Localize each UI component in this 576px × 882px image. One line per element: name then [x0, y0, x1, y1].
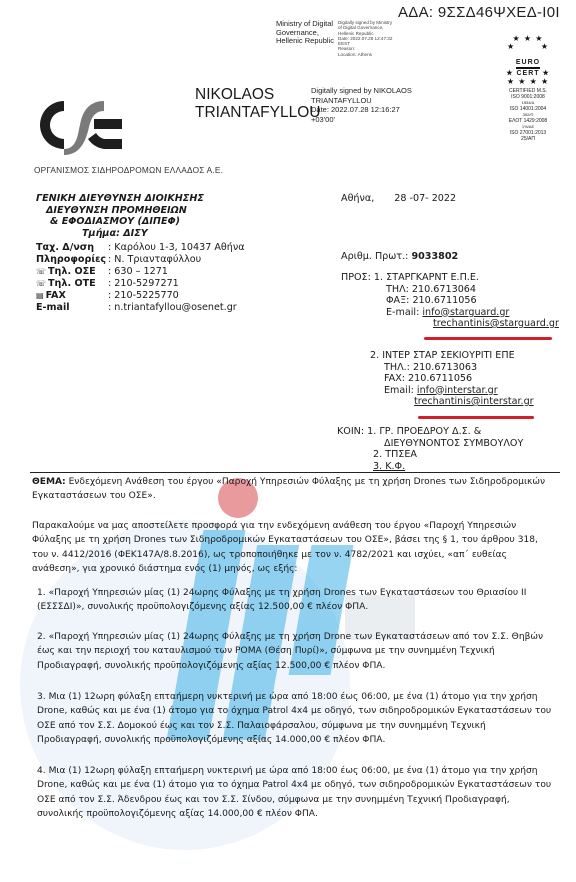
email-link[interactable]: trechantinis@starguard.gr	[433, 318, 559, 329]
recipient-2: 2. ΙΝΤΕΡ ΣΤΑΡ ΣΕΚΙΟΥΡΙΤΙ ΕΠΕ ΤΗΛ.: 210.6…	[370, 350, 534, 408]
fax-icon: ▤	[36, 291, 44, 300]
ada-code: ΑΔΑ: 9ΣΣΔ46ΨΧΕΔ-Ι0Ι	[398, 4, 560, 21]
signer-name: NIKOLAOS TRIANTAFYLLOU	[195, 86, 320, 122]
divider	[30, 472, 560, 473]
protocol-number: Αριθμ. Πρωτ.: 9033802	[341, 251, 458, 262]
ministry-signature-details: Digitally signed by Ministry of Digital …	[338, 20, 392, 57]
star-icon: ★	[540, 70, 550, 77]
contact-info-person: Πληροφορίες : Ν. Τριανταφύλλου	[36, 254, 245, 266]
ose-logo-icon	[34, 95, 126, 155]
email-link[interactable]: trechantinis@interstar.gr	[414, 396, 534, 407]
stars-icon: ★ ★	[488, 43, 568, 51]
signature-details: Digitally signed by NIKOLAOS TRIANTAFYLL…	[311, 86, 412, 124]
ministry-signer: Ministry of Digital Governance, Hellenic…	[276, 20, 334, 46]
stars-icon: ★ ★ ★ ★	[488, 78, 568, 86]
contact-phone-ose: ☏Τηλ. ΟΣΕ : 630 – 1271	[36, 266, 245, 278]
recipient-1: ΠΡΟΣ: 1. ΣΤΑΡΓΚΑΡΝΤ Ε.Π.Ε. ΤΗΛ: 210.6713…	[341, 272, 559, 330]
list-item: 4. Μια (1) 12ωρη φύλαξη επταήμερη νυκτερ…	[37, 764, 553, 822]
red-underline	[424, 337, 552, 340]
contact-email: E-mail : n.triantafyllou@osenet.gr	[36, 302, 245, 314]
contact-fax: ▤FAX : 210-5225770	[36, 290, 245, 302]
list-item: 2. «Παροχή Υπηρεσιών μίας (1) 24ωρης Φύλ…	[37, 630, 553, 673]
phone-icon: ☏	[36, 279, 46, 288]
subject: ΘΕΜΑ: Ενδεχόμενη Ανάθεση του έργου «Παρο…	[32, 475, 552, 504]
red-underline	[418, 416, 534, 419]
contact-info: Ταχ. Δ/νση : Καρόλου 1-3, 10437 Αθήνα Πλ…	[36, 242, 245, 314]
cc-block: ΚΟΙΝ: 1. ΓΡ. ΠΡΟΕΔΡΟΥ Δ.Σ. & ΔΙΕΥΘΥΝΟΝΤΟ…	[337, 426, 523, 472]
email-link[interactable]: info@starguard.gr	[422, 307, 509, 318]
cert-list: CERTIFIED M.S. ISO 9001:2008 1554/Δ ISO …	[488, 88, 568, 142]
eurocert-badge: ★ ★ ★ ★ ★ EURO ★ CERT ★ ★ ★ ★ ★ CERTIFIE…	[488, 35, 568, 142]
star-icon: ★	[506, 70, 516, 77]
list-item: 3. Μια (1) 12ωρη φύλαξη επταήμερη νυκτερ…	[37, 690, 553, 748]
document-date: Αθήνα,28 -07- 2022	[341, 193, 456, 204]
department-block: ΓΕΝΙΚΗ ΔΙΕΥΘΥΝΣΗ ΔΙΟΙΚΗΣΗΣ ΔΙΕΥΘΥΝΣΗ ΠΡΟ…	[36, 193, 204, 239]
contact-phone-ote: ☏Τηλ. ΟΤΕ : 210-5297271	[36, 278, 245, 290]
intro-paragraph: Παρακαλούμε να μας αποστείλετε προσφορά …	[32, 519, 552, 577]
email-link[interactable]: info@interstar.gr	[417, 385, 498, 396]
list-item: 1. «Παροχή Υπηρεσιών μίας (1) 24ωρης Φύλ…	[37, 586, 553, 615]
contact-address: Ταχ. Δ/νση : Καρόλου 1-3, 10437 Αθήνα	[36, 242, 245, 254]
phone-icon: ☏	[36, 267, 46, 276]
organization-name: ΟΡΓΑΝΙΣΜΟΣ ΣΙΔΗΡΟΔΡΟΜΩΝ ΕΛΛΑΔΟΣ Α.Ε.	[34, 165, 223, 175]
